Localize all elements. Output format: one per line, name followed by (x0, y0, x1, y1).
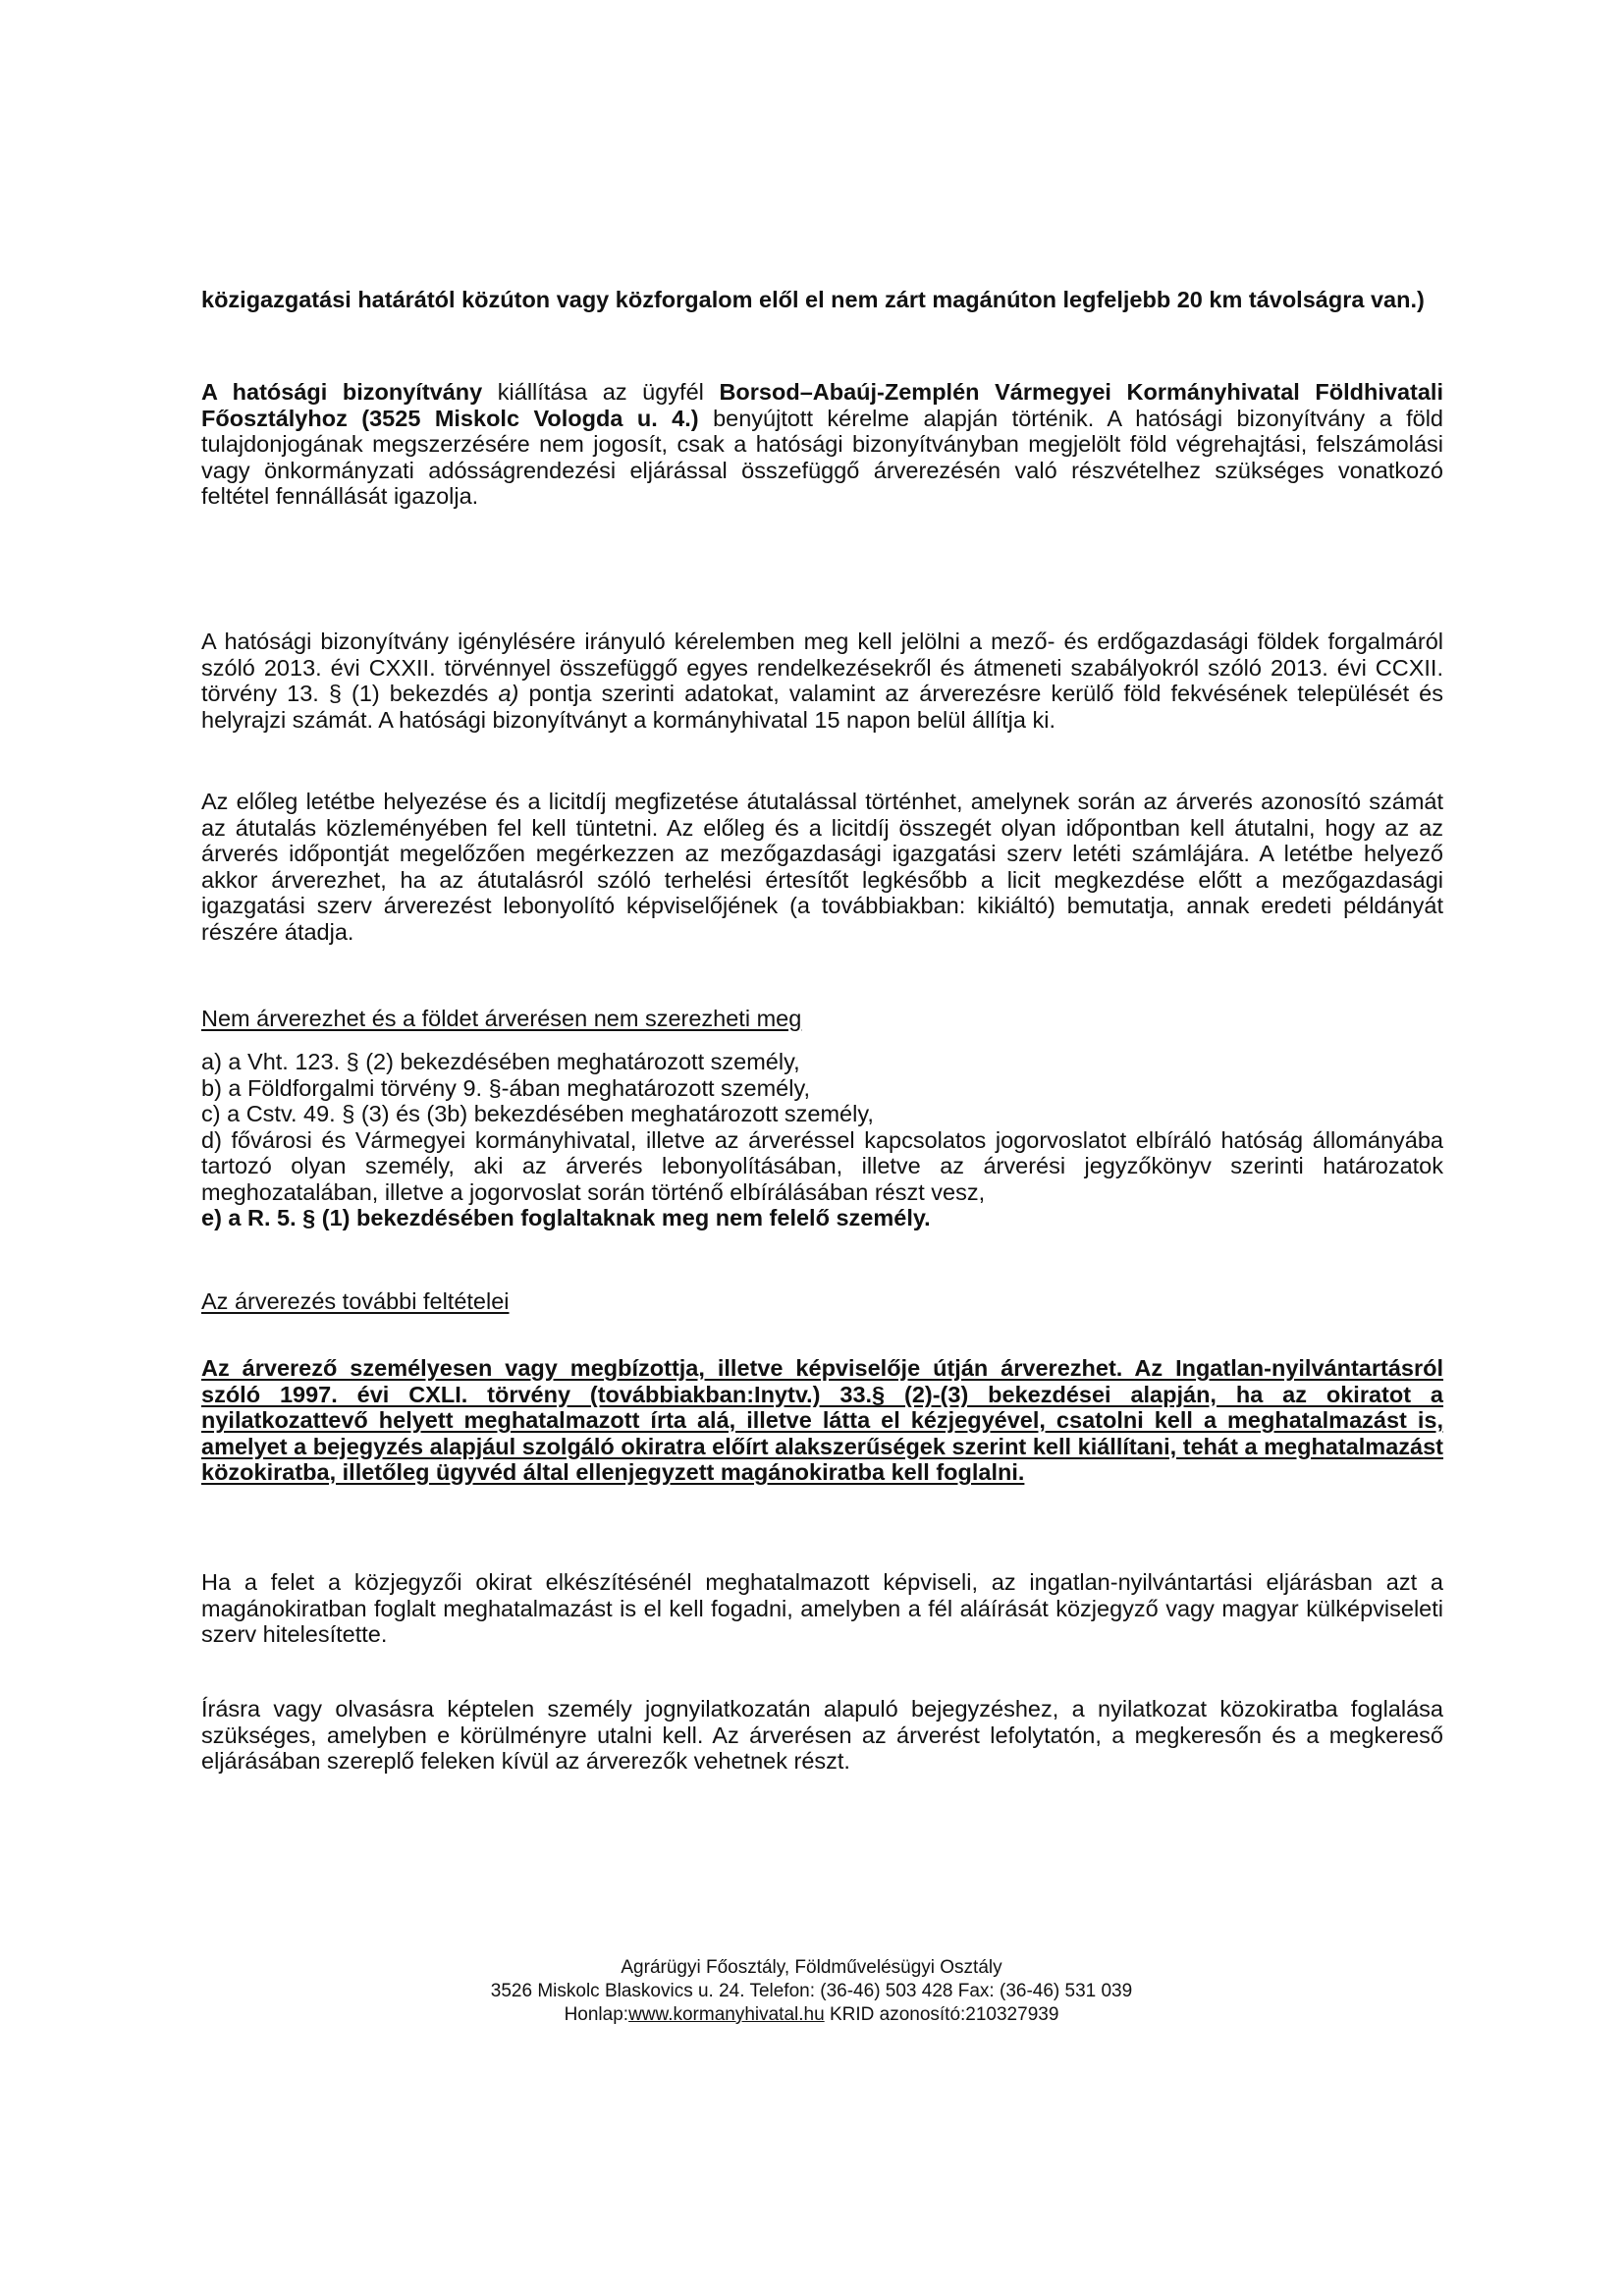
paragraph-illiterate: Írásra vagy olvasásra képtelen személy j… (201, 1696, 1443, 1775)
paragraph-notary: Ha a felet a közjegyzői okirat elkészíté… (201, 1569, 1443, 1648)
homepage-link[interactable]: www.kormanyhivatal.hu (628, 2004, 825, 2025)
paragraph-deposit: Az előleg letétbe helyezése és a licitdí… (201, 789, 1443, 945)
paragraph-certificate: A hatósági bizonyítvány kiállítása az üg… (201, 379, 1443, 510)
footer-address: 3526 Miskolc Blaskovics u. 24. Telefon: … (0, 1980, 1623, 2003)
list-item: d) fővárosi és Vármegyei kormányhivatal,… (201, 1127, 1443, 1206)
excluded-list: a) a Vht. 123. § (2) bekezdésében meghat… (201, 1049, 1443, 1231)
list-item: e) a R. 5. § (1) bekezdésében foglaltakn… (201, 1205, 1443, 1231)
heading-conditions: Az árverezés további feltételei (201, 1288, 510, 1315)
list-item: a) a Vht. 123. § (2) bekezdésében meghat… (201, 1049, 1443, 1075)
intro-fragment: közigazgatási határától közúton vagy köz… (201, 287, 1443, 313)
footer-contact: Honlap:www.kormanyhivatal.hu KRID azonos… (0, 2003, 1623, 2027)
list-item: b) a Földforgalmi törvény 9. §-ában megh… (201, 1075, 1443, 1102)
paragraph-request: A hatósági bizonyítvány igénylésére irán… (201, 629, 1443, 733)
list-item: c) a Cstv. 49. § (3) és (3b) bekezdésébe… (201, 1101, 1443, 1127)
heading-excluded: Nem árverezhet és a földet árverésen nem… (201, 1006, 801, 1032)
footer: Agrárügyi Főosztály, Földművelésügyi Osz… (0, 1956, 1623, 2027)
paragraph-proxy: Az árverező személyesen vagy megbízottja… (201, 1355, 1443, 1486)
footer-department: Agrárügyi Főosztály, Földművelésügyi Osz… (0, 1956, 1623, 1980)
